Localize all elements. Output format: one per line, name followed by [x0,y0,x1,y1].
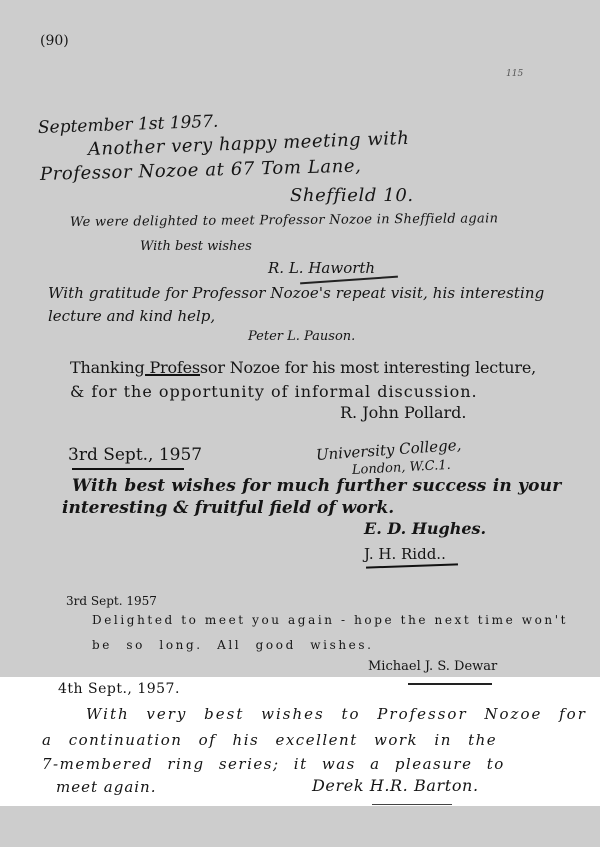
signature-underline [366,563,458,568]
entry-7-date: 4th Sept., 1957. [58,682,180,696]
entry-3-line: lecture and kind help, [48,309,215,324]
entry-4-signature: R. John Pollard. [340,405,466,421]
entry-6-line: be so long. All good wishes. [92,639,374,651]
entry-2-line: We were delighted to meet Professor Nozo… [70,212,498,229]
entry-4-line: & for the opportunity of informal discus… [70,384,478,400]
signature-underline [372,804,452,805]
entry-5-date: 3rd Sept., 1957 [68,447,202,464]
entry-7-line: meet again. [56,780,157,795]
corner-mark: 115 [506,70,523,79]
professor-underline [145,374,200,376]
entry-7-line: With very best wishes to Professor Nozoe… [86,707,587,722]
entry-5-signature: E. D. Hughes. [364,521,486,537]
entry-3-line: With gratitude for Professor Nozoe's rep… [48,286,544,301]
entry-1-line: Professor Nozoe at 67 Tom Lane, [40,158,362,184]
entry-6-signature: Michael J. S. Dewar [368,660,497,673]
entry-5-place: London, W.C.1. [352,459,451,477]
entry-6-date: 3rd Sept. 1957 [66,595,157,607]
signature-underline [408,683,492,685]
entry-7-line: a continuation of his excellent work in … [42,733,497,748]
entry-4-line: Thanking Professor Nozoe for his most in… [70,360,536,376]
entry-7-line: 7-membered ring series; it was a pleasur… [42,757,505,772]
entry-1-line: Sheffield 10. [290,187,414,205]
entry-2-line: With best wishes [140,240,252,253]
page-number: (90) [40,34,69,48]
entry-5-line: With best wishes for much further succes… [72,478,561,495]
entry-3-signature: Peter L. Pauson. [248,330,355,343]
entry-6-line: Delighted to meet you again - hope the n… [92,614,568,626]
entry-5-signature: J. H. Ridd.. [364,547,446,562]
entry-7-signature: Derek H.R. Barton. [312,778,479,794]
entry-2-signature: R. L. Haworth [268,261,375,276]
entry-1-date: September 1st 1957. [38,114,219,137]
entry-5-line: interesting & fruitful field of work. [62,500,394,517]
date-underline [72,468,184,470]
